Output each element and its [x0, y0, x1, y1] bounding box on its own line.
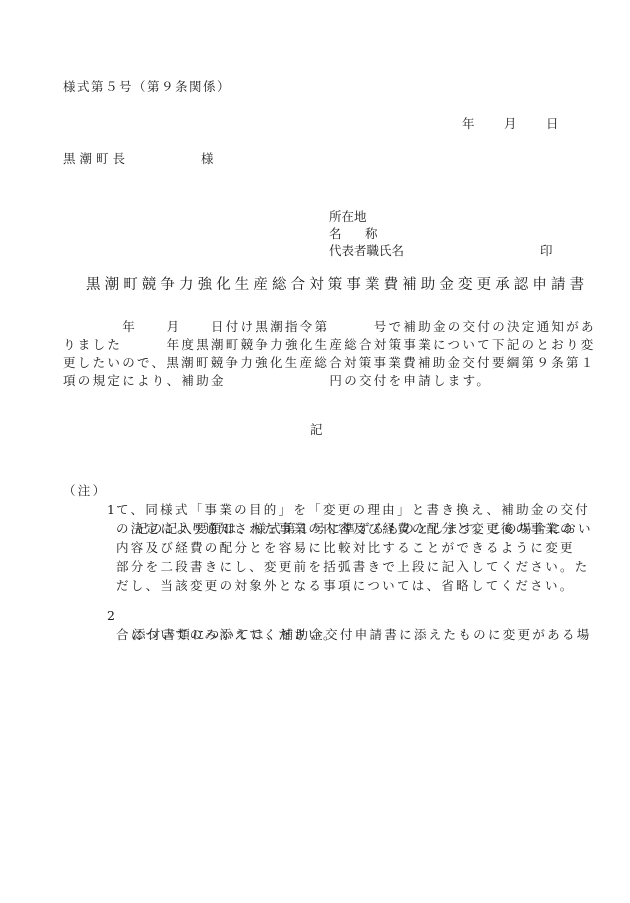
- applicant-address-row: 所在地: [329, 208, 559, 225]
- date-field: 年月日: [462, 118, 559, 131]
- note-line: て、同様式「事業の目的」を「変更の理由」と書き換え、補助金の交付: [63, 481, 583, 500]
- seal-label: 印: [540, 242, 553, 259]
- date-month-label: 月: [504, 118, 546, 131]
- addressee: 黒潮町長様: [63, 153, 214, 166]
- note-line: （注） 1 記の記入要領は、様式第１号に準ずるものとします。この場合におい: [63, 462, 583, 481]
- addressee-name: 黒潮町長: [63, 153, 201, 166]
- document-title: 黒潮町競争力強化生産総合対策事業費補助金変更承認申請書: [86, 278, 588, 293]
- body-line: りました 年度黒潮町競争力強化生産総合対策事業について下記のとおり変: [63, 336, 573, 354]
- addressee-honorific: 様: [201, 151, 214, 166]
- note-line: 部分を二段書きにし、変更前を括弧書きで上段に記入してください。た: [63, 538, 583, 557]
- applicant-block: 所在地 名称 代表者職氏名 印: [329, 208, 559, 259]
- note-line: の決定により通知された事業の内容及び経費の配分と変更後の事業の: [63, 500, 583, 519]
- body-paragraph: 年 月 日付け黒潮指令第 号で補助金の交付の決定通知があ りました 年度黒潮町競…: [63, 318, 573, 390]
- applicant-representative-row: 代表者職氏名 印: [329, 242, 559, 259]
- name-label-part2: 称: [365, 226, 378, 241]
- note-2: 2 添付書類については、補助金交付申請書に添えたものに変更がある場 合についての…: [107, 587, 587, 625]
- note-1: （注） 1 記の記入要領は、様式第１号に準ずるものとします。この場合におい て、…: [63, 462, 583, 576]
- body-line: 項の規定により、補助金 円の交付を申請します。: [63, 372, 573, 390]
- note-line: 合についてのみ添えてください。: [107, 606, 587, 625]
- applicant-name-row: 名称: [329, 225, 559, 242]
- body-line: 更したいので、黒潮町競争力強化生産総合対策事業費補助金交付要綱第９条第１: [63, 354, 573, 372]
- note-line: 内容及び経費の配分とを容易に比較対比することができるように変更: [63, 519, 583, 538]
- body-line: 年 月 日付け黒潮指令第 号で補助金の交付の決定通知があ: [63, 318, 573, 336]
- name-label-part1: 名: [329, 225, 365, 242]
- representative-label: 代表者職氏名: [329, 243, 404, 258]
- address-label: 所在地: [329, 209, 367, 224]
- note-line: 2 添付書類については、補助金交付申請書に添えたものに変更がある場: [107, 587, 587, 606]
- date-year-label: 年: [462, 118, 504, 131]
- note-text: 合についてのみ添えてください。: [116, 625, 338, 644]
- note-line: だし、当該変更の対象外となる事項については、省略してください。: [63, 557, 583, 576]
- date-day-label: 日: [546, 118, 559, 131]
- document-page: 様式第５号（第９条関係） 年月日 黒潮町長様 所在地 名称 代表者職氏名 印 黒…: [0, 0, 630, 903]
- form-number: 様式第５号（第９条関係）: [63, 81, 231, 94]
- ki-heading: 記: [310, 424, 323, 437]
